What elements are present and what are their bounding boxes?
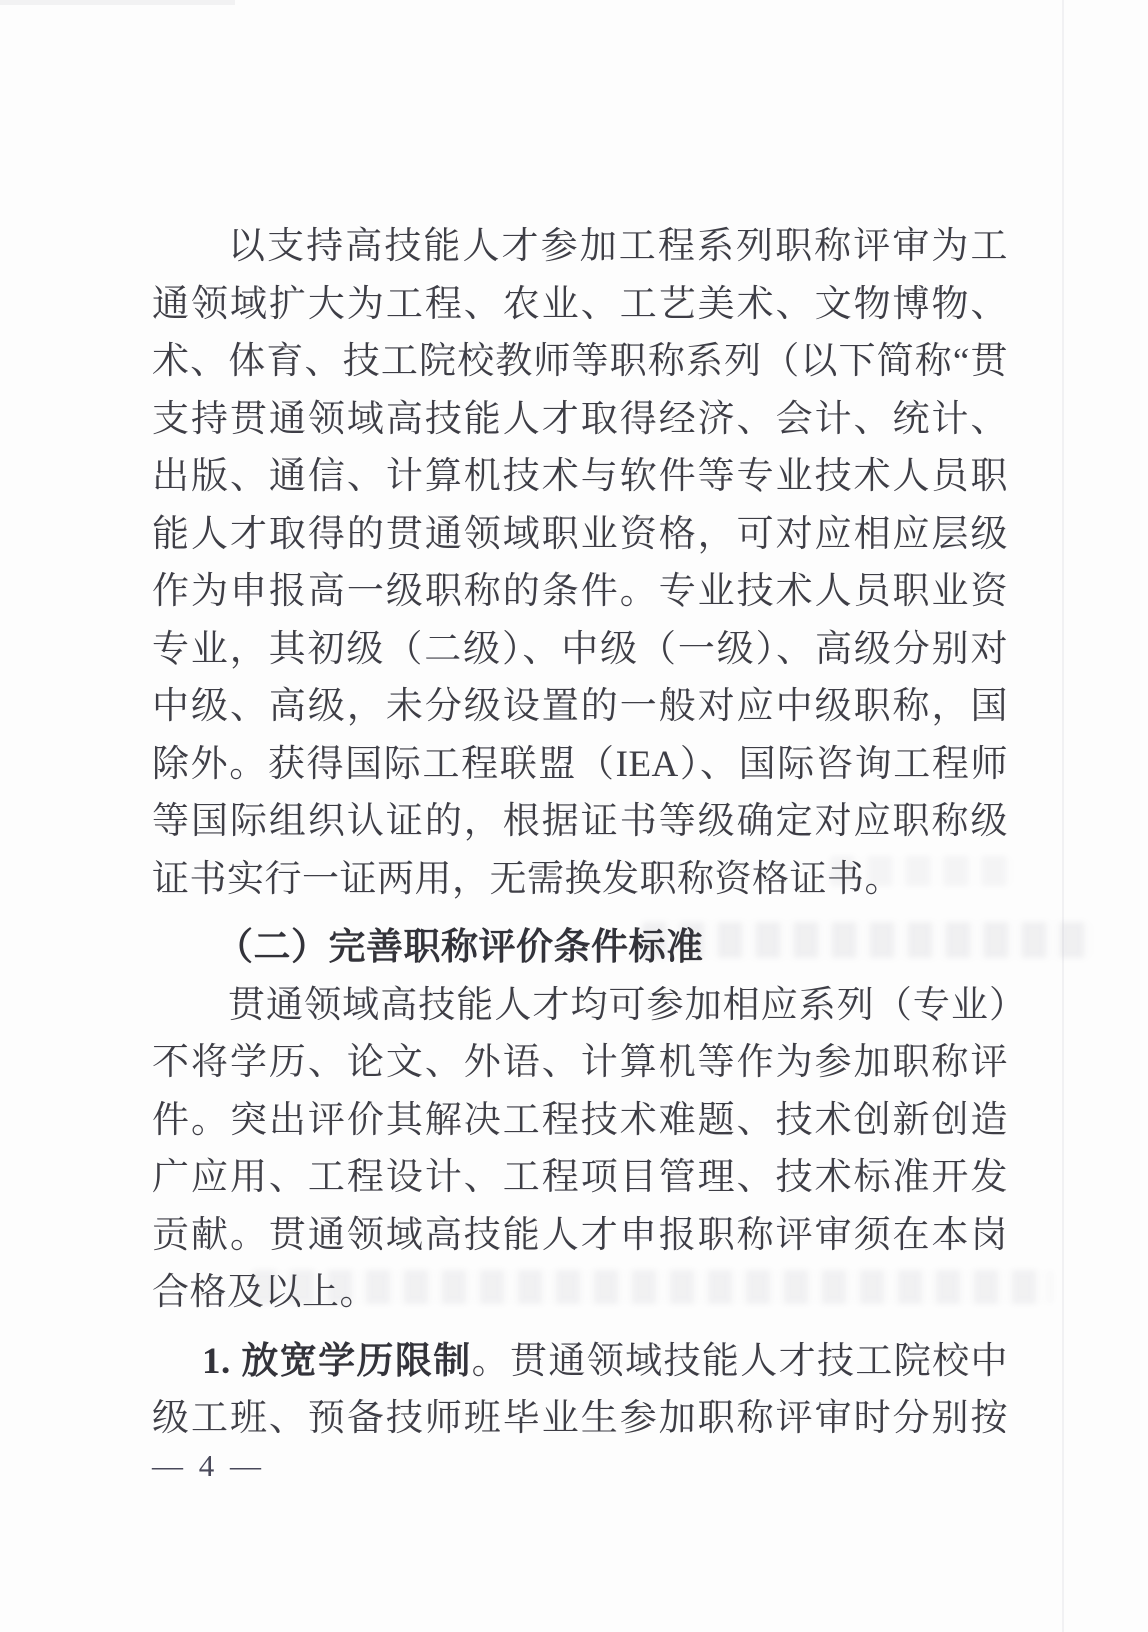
document-page: 以支持高技能人才参加工程系列职称评审为工作重点，将贯 通领域扩大为工程、农业、工… xyxy=(0,0,1148,1632)
body-line: 出版、通信、计算机技术与软件等专业技术人员职业资格。高技 xyxy=(152,448,1008,506)
section-heading: （二）完善职称评价条件标准 xyxy=(152,919,1008,977)
body-line: 贯通领域高技能人才均可参加相应系列（专业）职称评审， xyxy=(152,977,1008,1035)
body-line: 以支持高技能人才参加工程系列职称评审为工作重点，将贯 xyxy=(152,218,1008,276)
body-line: 能人才取得的贯通领域职业资格，可对应相应层级的职称，并可 xyxy=(152,506,1008,564)
body-line: 作为申报高一级职称的条件。专业技术人员职业资格分级设置的 xyxy=(152,563,1008,621)
body-line: 合格及以上。 xyxy=(152,1264,1008,1322)
body-line: 除外。获得国际工程联盟（IEA）、国际咨询工程师联合会（FIDIC） xyxy=(152,736,1008,794)
body-line: 不将学历、论文、外语、计算机等作为参加职称评审的限制性条 xyxy=(152,1034,1008,1092)
scan-line-artifact xyxy=(1062,0,1064,1632)
body-line: 级工班、预备技师班毕业生参加职称评审时分别按相当于中专、 xyxy=(152,1390,1008,1448)
body-line: 支持贯通领域高技能人才取得经济、会计、统计、审计、翻译、 xyxy=(152,391,1008,449)
body-line: 专业，其初级（二级）、中级（一级）、高级分别对应职称的初级、 xyxy=(152,621,1008,679)
body-line: 件。突出评价其解决工程技术难题、技术创新创造发明、技术推 xyxy=(152,1092,1008,1150)
body-line: 等国际组织认证的，根据证书等级确定对应职称级别。职业资格 xyxy=(152,793,1008,851)
body-line: 通领域扩大为工程、农业、工艺美术、文物博物、实验技术、艺 xyxy=(152,276,1008,334)
document-body: 以支持高技能人才参加工程系列职称评审为工作重点，将贯 通领域扩大为工程、农业、工… xyxy=(152,218,1008,1448)
scan-edge-artifact xyxy=(0,0,235,5)
body-line: 1. 放宽学历限制。贯通领域技能人才技工院校中级工班、高 xyxy=(152,1333,1008,1391)
body-line: 术、体育、技工院校教师等职称系列（以下简称“贯通领域”）。 xyxy=(152,333,1008,391)
item-number-title: 1. 放宽学历限制 xyxy=(202,1341,472,1382)
body-line: 广应用、工程设计、工程项目管理、技术标准开发和制定的业绩 xyxy=(152,1149,1008,1207)
body-line: 证书实行一证两用，无需换发职称资格证书。 xyxy=(152,851,1008,909)
page-number: — 4 — xyxy=(152,1448,265,1484)
body-line: 中级、高级，未分级设置的一般对应中级职称，国家另有规定的 xyxy=(152,678,1008,736)
body-line: 贡献。贯通领域高技能人才申报职称评审须在本岗位近 3 年考核 xyxy=(152,1207,1008,1265)
